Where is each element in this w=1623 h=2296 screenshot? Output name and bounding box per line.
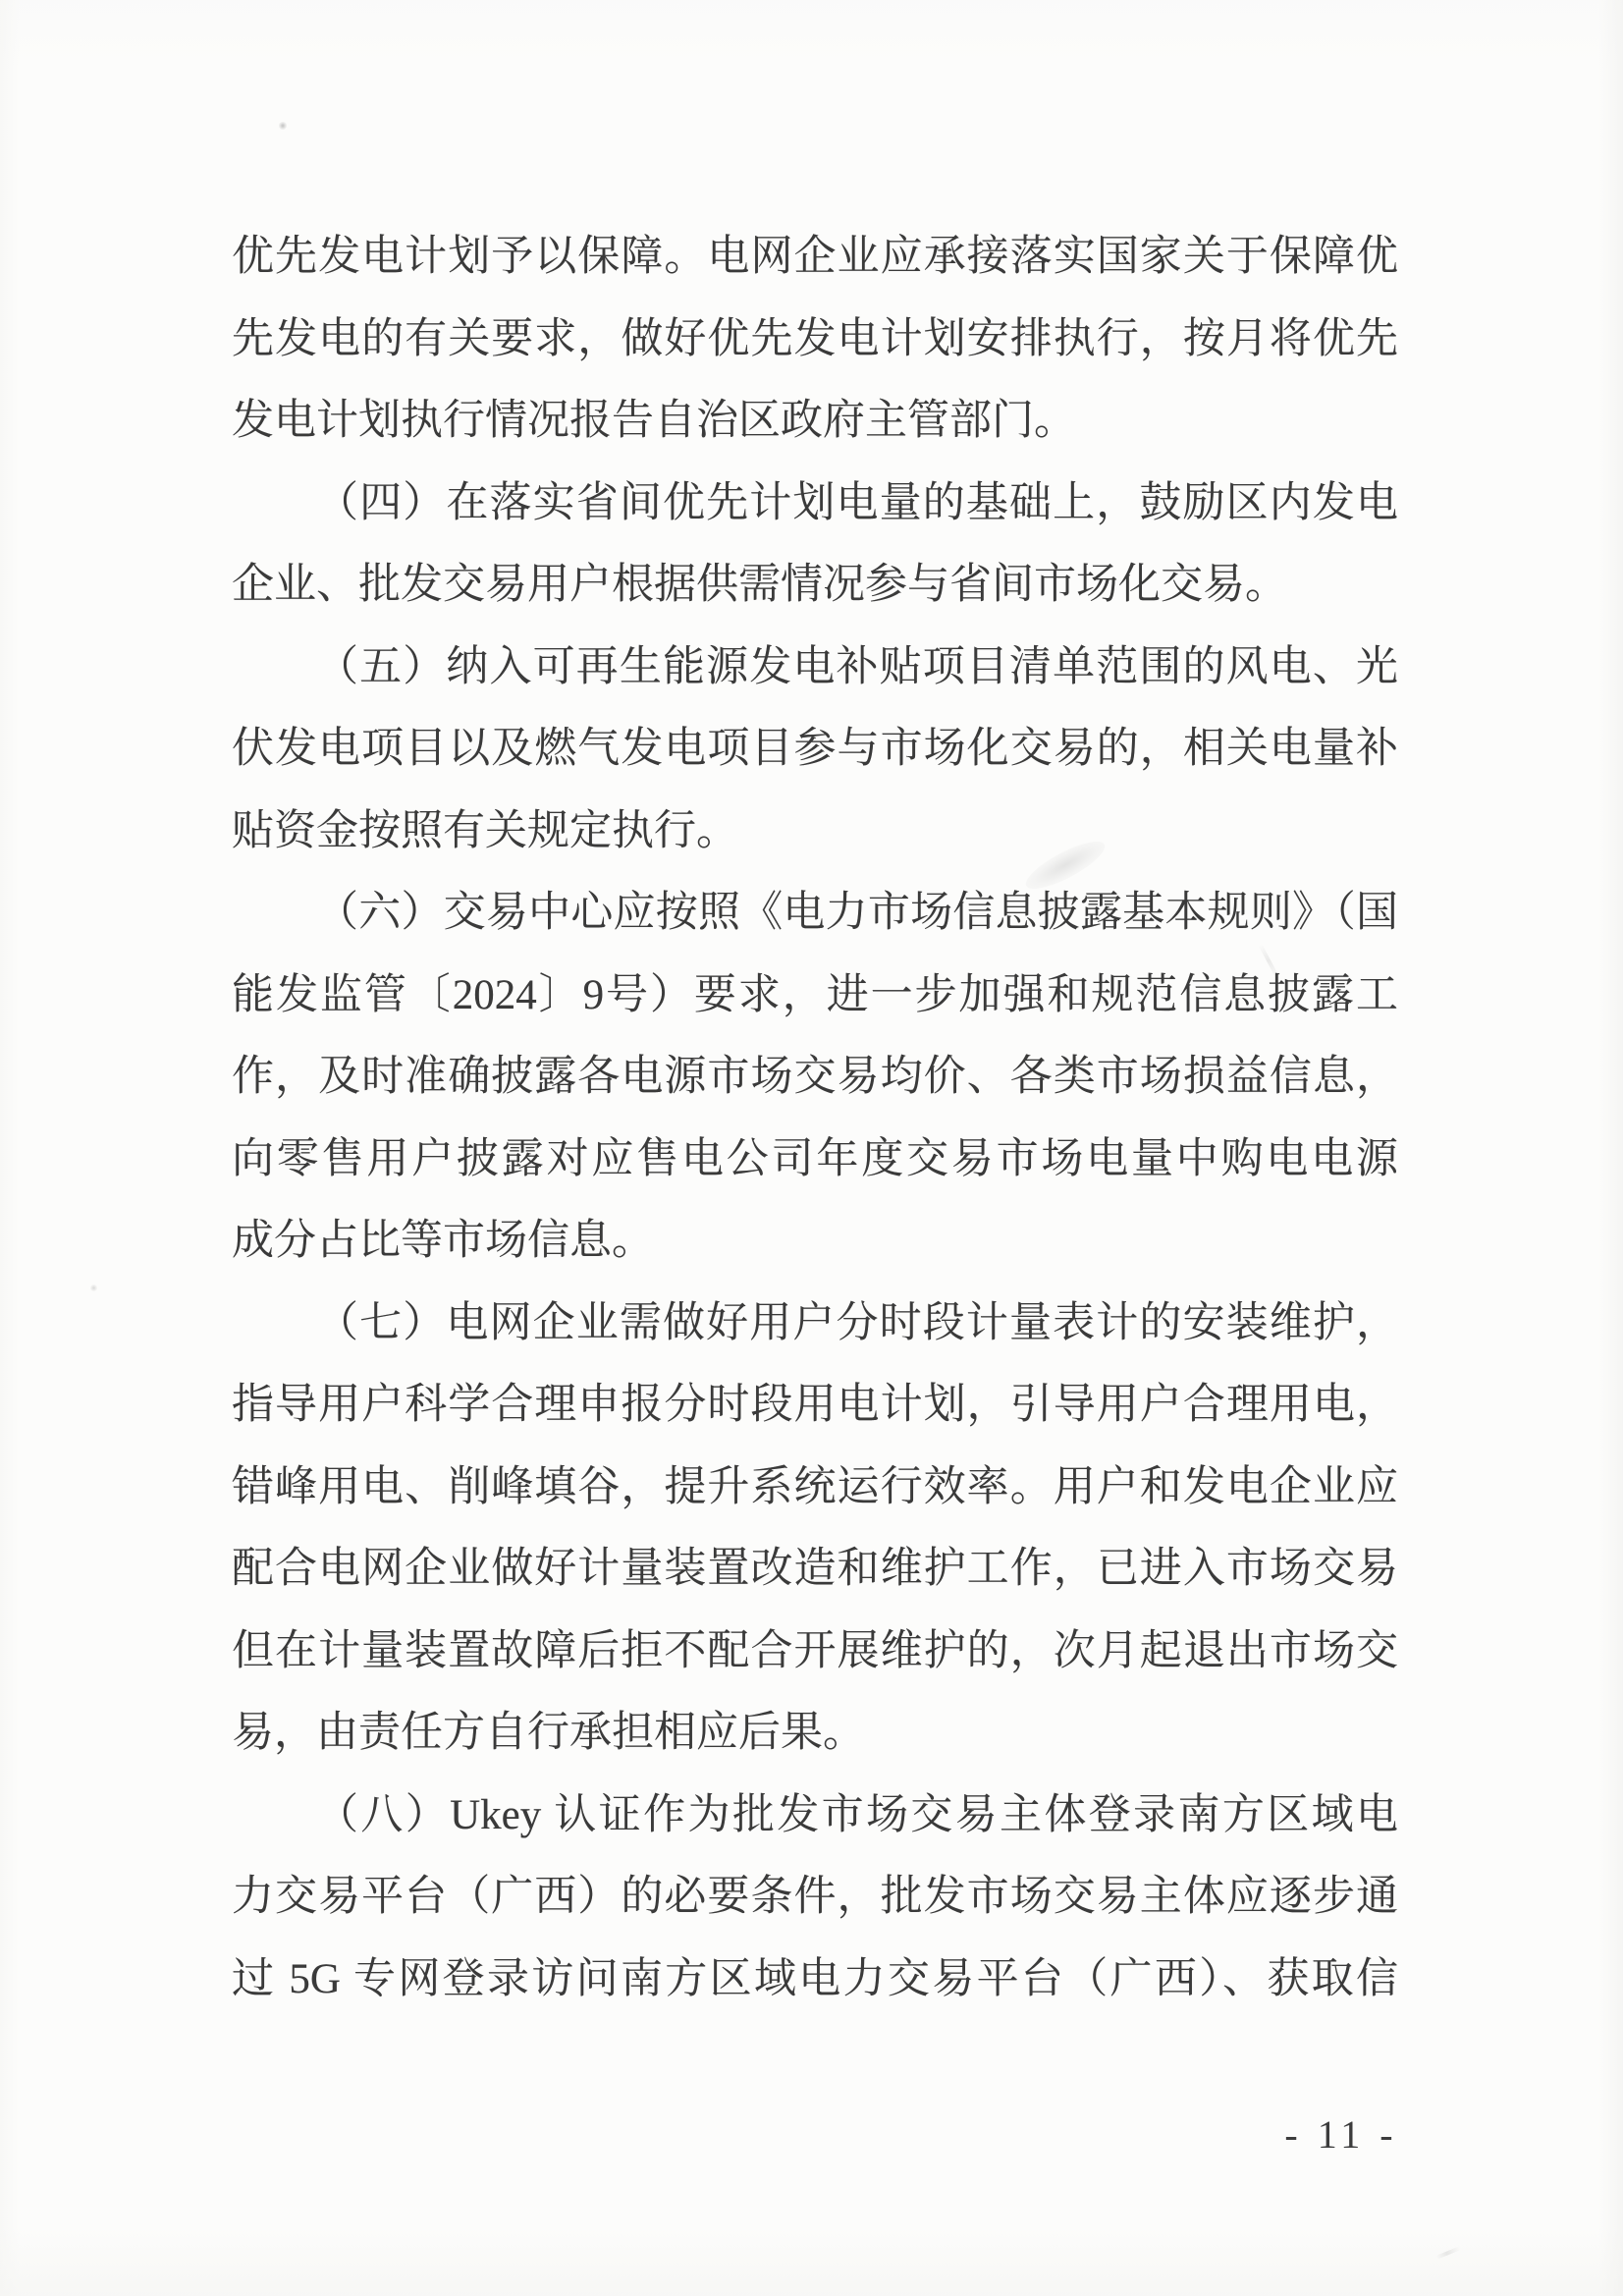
text-line: 易，由责任方自行承担相应后果。 (232, 1692, 1398, 1775)
text-line: 发电计划执行情况报告自治区政府主管部门。 (232, 380, 1398, 463)
document-body: 优先发电计划予以保障。电网企业应承接落实国家关于保障优 先发电的有关要求，做好优… (232, 216, 1398, 2020)
text-line: 力交易平台（广西）的必要条件，批发市场交易主体应逐步通 (232, 1856, 1398, 1939)
scan-artifact (279, 122, 287, 130)
text-line: （八）Ukey 认证作为批发市场交易主体登录南方区域电 (232, 1775, 1398, 1857)
scan-artifact (1435, 2246, 1461, 2259)
text-line: （七）电网企业需做好用户分时段计量表计的安装维护， (232, 1283, 1398, 1365)
text-line: 配合电网企业做好计量装置改造和维护工作，已进入市场交易 (232, 1528, 1398, 1611)
text-line: （四）在落实省间优先计划电量的基础上，鼓励区内发电 (232, 463, 1398, 545)
text-line: （五）纳入可再生能源发电补贴项目清单范围的风电、光 (232, 627, 1398, 709)
text-line: 伏发电项目以及燃气发电项目参与市场化交易的，相关电量补 (232, 708, 1398, 791)
text-line: 成分占比等市场信息。 (232, 1200, 1398, 1283)
text-line: 先发电的有关要求，做好优先发电计划安排执行，按月将优先 (232, 299, 1398, 381)
scan-artifact (90, 1285, 97, 1291)
page-number: - 11 - (1272, 2113, 1410, 2157)
text-line: 优先发电计划予以保障。电网企业应承接落实国家关于保障优 (232, 216, 1398, 299)
text-line: 但在计量装置故障后拒不配合开展维护的，次月起退出市场交 (232, 1611, 1398, 1693)
text-line: 贴资金按照有关规定执行。 (232, 791, 1398, 873)
text-line: 过 5G 专网登录访问南方区域电力交易平台（广西）、获取信 (232, 1939, 1398, 2021)
text-line: 指导用户科学合理申报分时段用电计划，引导用户合理用电， (232, 1364, 1398, 1447)
text-line: 企业、批发交易用户根据供需情况参与省间市场化交易。 (232, 544, 1398, 627)
text-line: 向零售用户披露对应售电公司年度交易市场电量中购电电源 (232, 1119, 1398, 1201)
document-page: 优先发电计划予以保障。电网企业应承接落实国家关于保障优 先发电的有关要求，做好优… (0, 0, 1623, 2296)
text-line: 作，及时准确披露各电源市场交易均价、各类市场损益信息， (232, 1036, 1398, 1119)
text-line: 错峰用电、削峰填谷，提升系统运行效率。用户和发电企业应 (232, 1447, 1398, 1529)
text-line: （六）交易中心应按照《电力市场信息披露基本规则》（国 (232, 872, 1398, 955)
text-line: 能发监管〔2024〕9号）要求，进一步加强和规范信息披露工 (232, 955, 1398, 1037)
